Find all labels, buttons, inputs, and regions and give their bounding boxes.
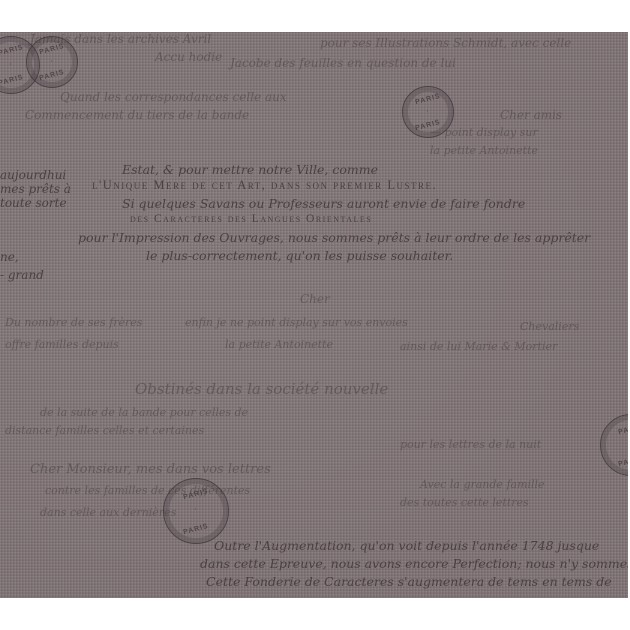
left-text-line: mes prêts à	[0, 182, 71, 196]
handwriting-line: enfin je ne point display sur vos envoie…	[185, 316, 408, 329]
postmark-stamp-icon: PARIS·PARIS	[26, 36, 78, 88]
printed-line: des Caracteres des Langues Orientales	[130, 213, 372, 225]
handwriting-line: Avec la grande famille	[420, 478, 545, 491]
postmark-stamp-icon: PARIS·PARIS	[402, 86, 454, 138]
printed-line: dans cette Epreuve, nous avons encore Pe…	[200, 556, 628, 571]
handwriting-line: Commencement du tiers de la bande	[25, 108, 249, 122]
handwriting-line: Chevaliers	[520, 320, 579, 333]
printed-line: l'Unique Mere de cet Art, dans son premi…	[92, 178, 437, 193]
handwriting-line: de la suite de la bande pour celles de	[40, 406, 248, 419]
handwriting-line: la petite Antoinette	[430, 144, 538, 157]
handwriting-line: Du nombre de ses frères	[5, 316, 142, 329]
postmark-stamp-icon: PARIS·PARIS	[163, 478, 229, 544]
left-text-line: aujourdhui	[0, 168, 66, 182]
printed-line: Estat, & pour mettre notre Ville, comme	[122, 162, 378, 177]
handwriting-line: ainsi de lui Marie & Mortier	[400, 340, 557, 353]
printed-line: Si quelques Savans ou Professeurs auront…	[122, 196, 525, 211]
handwriting-line: Cher amis	[500, 108, 562, 122]
printed-line: le plus-correctement, qu'on les puisse s…	[146, 248, 453, 263]
printed-line: Cette Fonderie de Caracteres s'augmenter…	[206, 574, 612, 589]
left-text-line: toute sorte	[0, 196, 67, 210]
handwriting-line: Cher	[300, 292, 330, 306]
printed-line: pour l'Impression des Ouvrages, nous som…	[78, 230, 590, 245]
left-text-line: - grand	[0, 268, 44, 282]
handwriting-line: pour ses Illustrations Schmidt, avec cel…	[320, 36, 571, 50]
postmark-stamp-icon: PARIS·PARIS	[600, 414, 628, 476]
handwriting-line: Cher Monsieur, mes dans vos lettres	[30, 462, 271, 477]
fabric-swatch: Jamais dans les archives Avril Accu hodi…	[0, 32, 628, 598]
handwriting-line: offre familles depuis	[5, 338, 119, 351]
handwriting-line: pour les lettres de la nuit	[400, 438, 541, 451]
handwriting-line: la petite Antoinette	[225, 338, 333, 351]
handwriting-line: des toutes cette lettres	[400, 496, 529, 509]
handwriting-line: Obstinés dans la société nouvelle	[135, 380, 388, 398]
handwriting-line: distance familles celles et certaines	[5, 424, 204, 437]
handwriting-line: Accu hodie	[155, 50, 222, 64]
left-text-line: ne,	[0, 250, 19, 264]
handwriting-line: Jacobe des feuilles en question de lui	[230, 56, 456, 70]
printed-line: Outre l'Augmentation, qu'on voit depuis …	[214, 538, 599, 553]
handwriting-line: Quand les correspondances celle aux	[60, 90, 287, 104]
handwriting-line: dans celle aux dernières	[40, 506, 176, 519]
